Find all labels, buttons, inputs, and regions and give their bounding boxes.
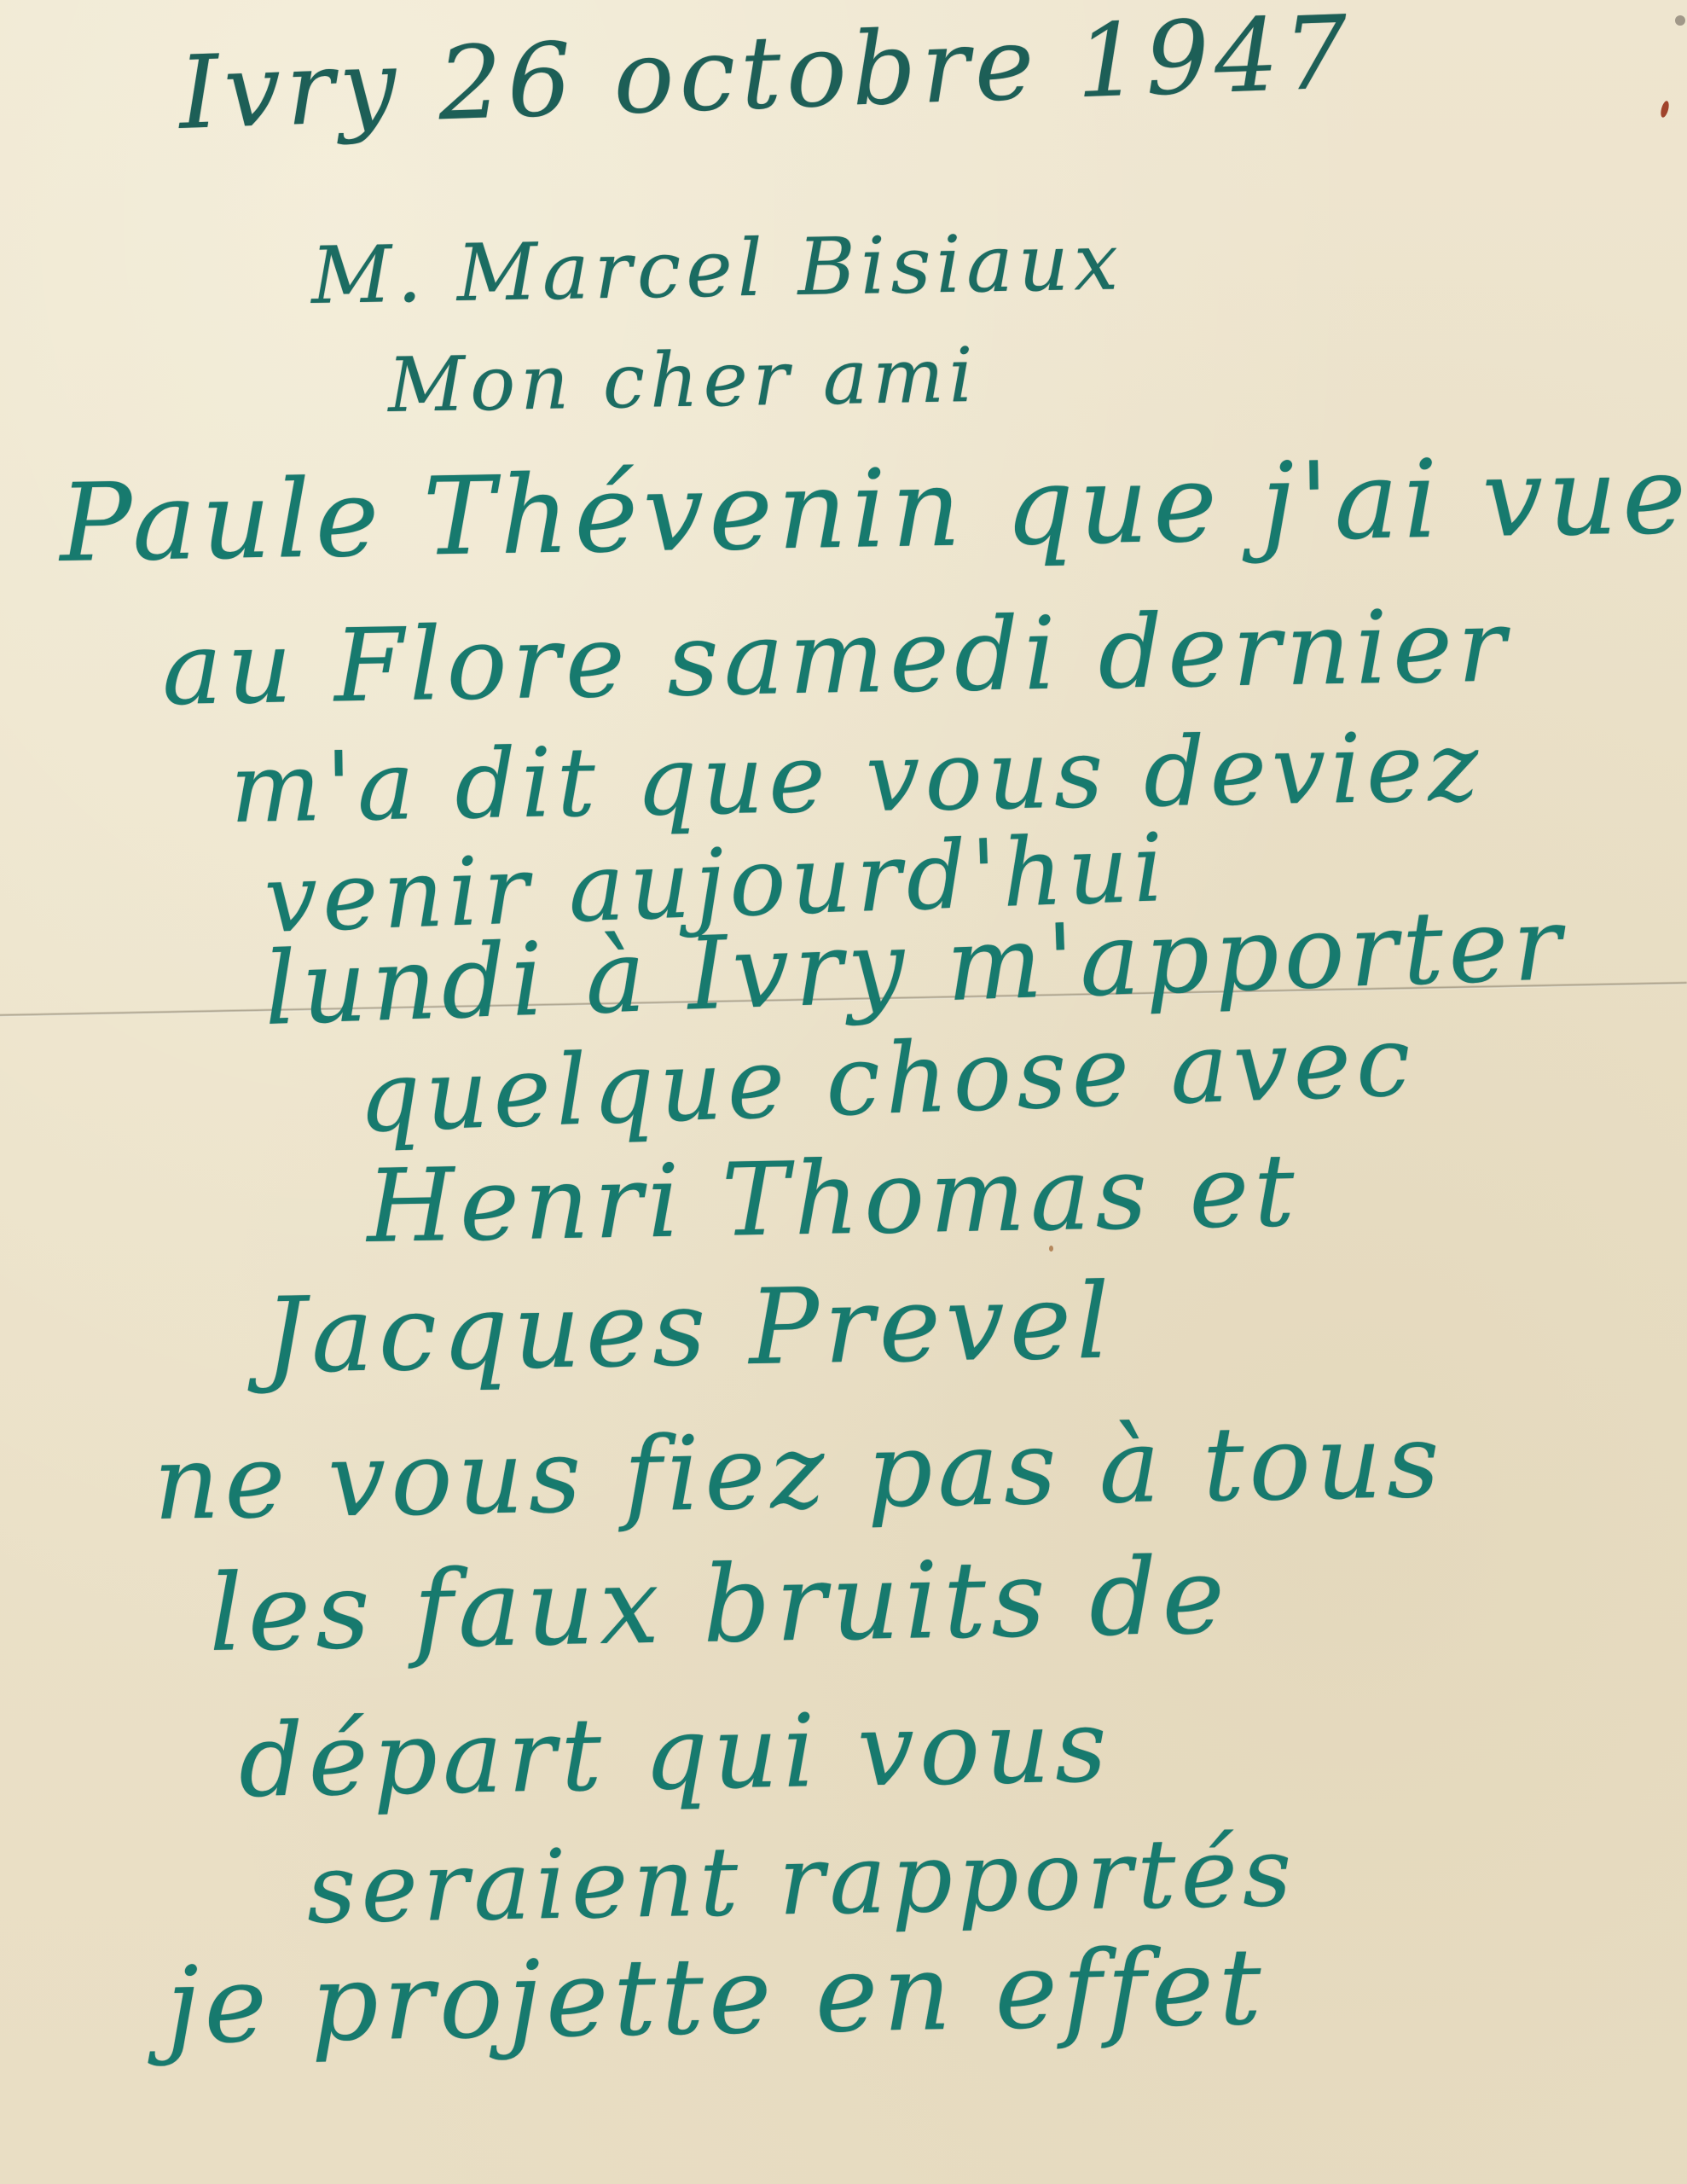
letter-page: Ivry 26 octobre 1947 M. Marcel Bisiaux M… xyxy=(0,0,1687,2184)
place-date-line: Ivry 26 octobre 1947 xyxy=(177,0,1355,152)
body-line: les faux bruits de xyxy=(208,1535,1231,1676)
body-line: départ qui vous xyxy=(238,1687,1113,1820)
body-line: Paule Thévenin que j'ai vue xyxy=(59,433,1687,586)
addressee-line: M. Marcel Bisiaux xyxy=(310,216,1124,322)
body-line: ne vous fiez pas à tous xyxy=(153,1403,1446,1543)
body-line: au Flore samedi dernier xyxy=(161,586,1512,728)
body-line: je projette en effet xyxy=(165,1926,1267,2067)
salutation-line: Mon cher ami xyxy=(387,331,979,429)
paper-mark xyxy=(1675,15,1685,26)
body-line: Jacques Prevel xyxy=(264,1261,1116,1397)
body-line: seraient rapportés xyxy=(306,1817,1297,1945)
ink-spot xyxy=(1660,100,1671,118)
body-line: Henri Thomas et xyxy=(366,1131,1301,1265)
